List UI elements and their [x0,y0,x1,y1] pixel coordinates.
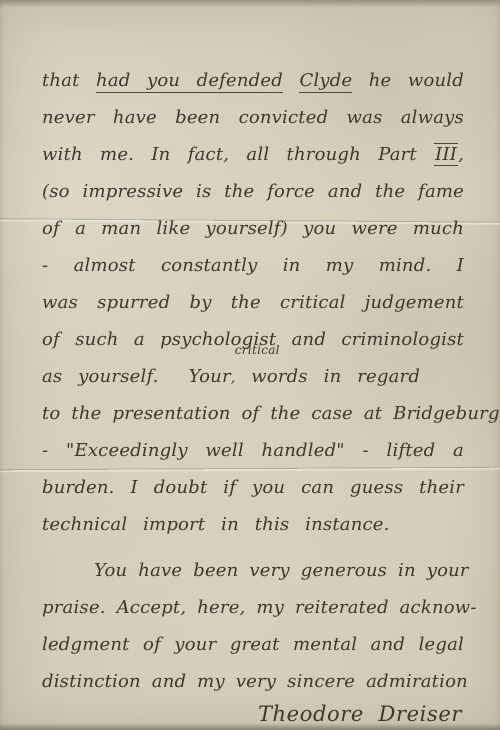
signature: Theodore Dreiser [42,700,464,729]
line-text: Your [189,366,231,387]
line-text: that [42,70,80,91]
line-text: as yourself. [42,366,159,387]
paper-top-edge-shadow [0,0,500,7]
letter-line: - "Exceedingly well handled" - lifted a [42,432,464,469]
letter-line: praise. Accept, here, my reiterated ackn… [42,589,464,626]
letter-line-paragraph-start: You have been very generous in your [42,552,464,589]
insertion-mark: critical, [231,358,236,397]
letter-body: that had you defended Clyde he would nev… [42,62,464,729]
underlined-name: Clyde [299,70,352,93]
roman-numeral: III [434,143,458,166]
letter-line: as yourself.Yourcritical, words in regar… [42,358,464,395]
letter-line: - almost constantly in my mind. I [42,247,464,284]
letter-line: ledgment of your great mental and legal [42,626,464,663]
letter-line: technical import in this instance. [42,506,464,543]
letter-page: that had you defended Clyde he would nev… [0,0,500,730]
caret-mark: , [231,370,236,386]
line-text: words in regard [251,366,420,387]
letter-line: that had you defended Clyde he would [42,62,464,99]
line-text: , [458,144,464,165]
letter-line: never have been convicted was always [42,99,464,136]
letter-line: burden. I doubt if you can guess their [42,469,464,506]
letter-line: (so impressive is the force and the fame [42,173,464,210]
letter-line: with me. In fact, all through Part III, [42,136,464,173]
letter-line: was spurred by the critical judgement [42,284,464,321]
letter-line: of a man like yourself) you were much [42,210,464,247]
line-text: with me. In fact, all through Part [42,144,417,165]
letter-line: to the presentation of the case at Bridg… [42,395,464,432]
inserted-word: critical [235,344,280,356]
letter-line: distinction and my very sincere admirati… [42,663,464,700]
line-text: he would [369,70,464,91]
underlined-phrase: had you defended [96,70,283,93]
